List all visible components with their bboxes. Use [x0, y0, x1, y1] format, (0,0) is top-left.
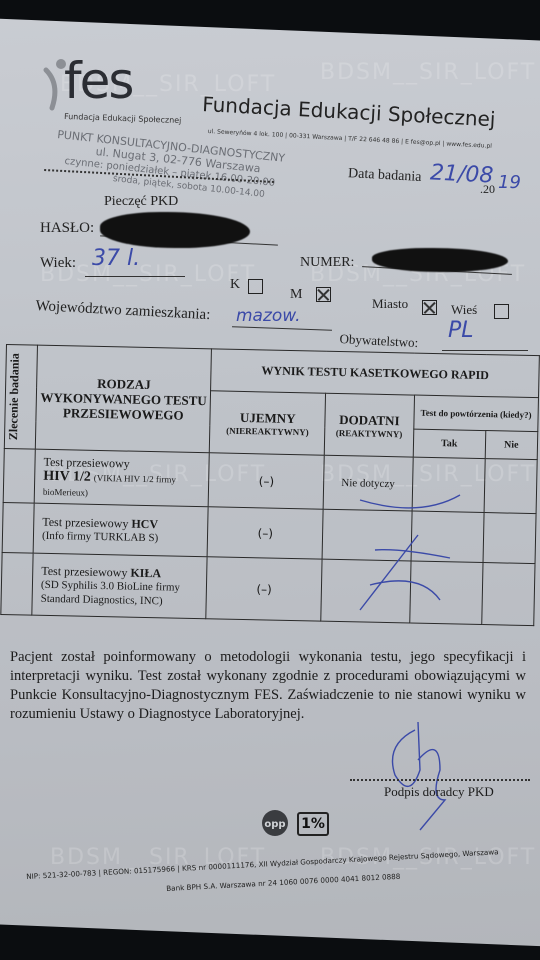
disclaimer-text: Pacjent został poinformowany o metodolog…	[10, 648, 526, 724]
signature-line	[350, 779, 530, 781]
document: BDSM__SIR_LOFT BDSM__SIR_LOFT BDSM__SIR_…	[0, 0, 540, 960]
signature-label: Podpis doradcy PKD	[384, 784, 494, 800]
opp-badge: opp	[262, 810, 288, 836]
one-percent-badge: 1%	[297, 812, 329, 836]
